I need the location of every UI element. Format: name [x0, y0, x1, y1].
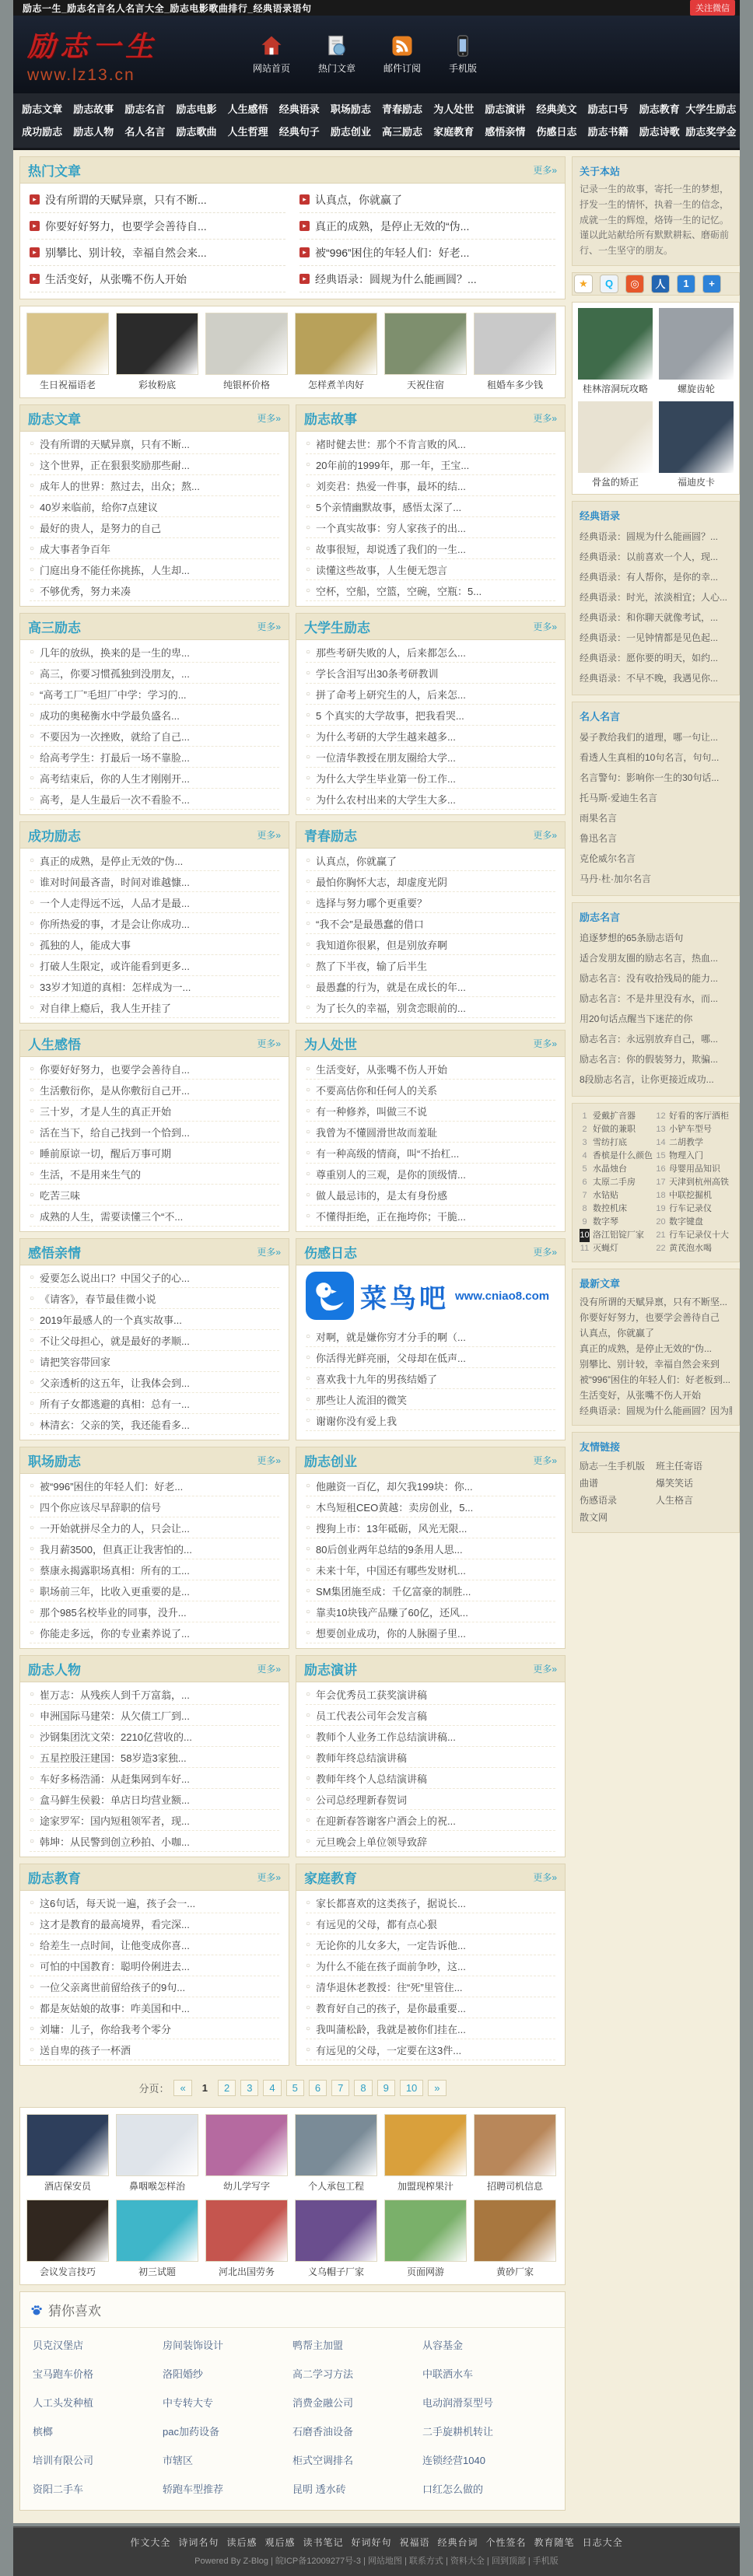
footer-link[interactable]: 祝福语 [400, 2537, 430, 2548]
article-item[interactable]: ○想要创业成功，你的人脉圈子里... [306, 1622, 555, 1643]
hot-keyword-item[interactable]: 3雪纺打底 [580, 1136, 656, 1150]
thumb-item[interactable]: 怎样煮羊肉好 [295, 313, 377, 391]
footer-link[interactable]: 观后感 [264, 2537, 295, 2548]
article-item[interactable]: ○年会优秀员工获奖演讲稿 [306, 1684, 555, 1705]
footer-link[interactable]: 个性签名 [486, 2537, 527, 2548]
hot-keyword-item[interactable]: 16母婴用品知识 [656, 1163, 732, 1176]
friend-link[interactable]: 散文网 [580, 1509, 656, 1526]
sidebar-article-item[interactable]: 马丹·杜·加尔名言 [580, 869, 732, 889]
more-link[interactable]: 更多» [257, 620, 281, 633]
guess-link[interactable]: 昆明 透水砖 [292, 2481, 422, 2496]
article-item[interactable]: ○生活变好，从张嘴不伤人开始 [306, 1059, 555, 1080]
article-item[interactable]: ○可怕的中国教育：聪明伶俐进去... [30, 1955, 279, 1976]
friend-link[interactable]: 励志一生手机版 [580, 1458, 656, 1475]
article-item[interactable]: ○“我不会”是最愚蠢的借口 [306, 913, 555, 934]
sidebar-article-item[interactable]: 看透人生真相的10句名言，句句... [580, 747, 732, 768]
article-item[interactable]: ○这才是教育的最高境界，看完深... [30, 1913, 279, 1934]
article-item[interactable]: ○不懂得拒绝，正在拖垮你；干脆... [306, 1206, 555, 1227]
article-item[interactable]: ○孤独的人，能成大事 [30, 934, 279, 955]
sidebar-article-item[interactable]: 名言警句：影响你一生的30句话... [580, 768, 732, 788]
footer-link[interactable]: 读书笔记 [303, 2537, 343, 2548]
hot-keyword-item[interactable]: 8数控机床 [580, 1202, 656, 1216]
article-item[interactable]: ○生活敷衍你，是从你敷衍自己开... [30, 1080, 279, 1101]
quick-link-rss[interactable]: 邮件订阅 [384, 34, 421, 75]
article-item[interactable]: ○职场前三年，比收入更重要的是... [30, 1580, 279, 1601]
sidebar-article-item[interactable]: 励志名言：没有收拾残局的能力... [580, 968, 732, 989]
article-item[interactable]: ○有一种高级的情商，叫“不抬杠... [306, 1143, 555, 1164]
sidebar-article-item[interactable]: 晏子教给我们的道理，哪一句让... [580, 727, 732, 747]
article-item[interactable]: ○熬了下半夜，输了后半生 [306, 955, 555, 976]
guess-link[interactable]: 电动润滑泵型号 [422, 2395, 552, 2410]
article-item[interactable]: ○不够优秀，努力来凑 [30, 580, 279, 601]
more-link[interactable]: 更多» [257, 828, 281, 842]
article-item[interactable]: ○门庭出身不能任你挑拣，人生却... [30, 559, 279, 580]
nav-item-励志文章[interactable]: 励志文章 [16, 97, 68, 120]
article-item[interactable]: ○无论你的儿女多大，一定告诉他... [306, 1934, 555, 1955]
article-item[interactable]: ○那个985名校毕业的同事，没升... [30, 1601, 279, 1622]
more-link[interactable]: 更多» [533, 620, 557, 633]
thumb-item[interactable]: 加盟现榨果汁 [384, 2114, 467, 2193]
hot-keyword-item[interactable]: 13小铲车型号 [656, 1123, 732, 1136]
hot-keyword-item[interactable]: 17天津到杭州高铁 [656, 1176, 732, 1189]
quick-link-hot-articles[interactable]: 热门文章 [318, 34, 355, 75]
nav-item-励志创业[interactable]: 励志创业 [325, 120, 376, 142]
article-item[interactable]: ○最愚蠢的行为，就是在成长的年... [306, 976, 555, 997]
article-item[interactable]: ○谁对时间最吝啬，时间对谁越慷... [30, 871, 279, 892]
sidebar-article-item[interactable]: 经典语录：时光，浓淡相宜；人心... [580, 587, 732, 607]
article-item[interactable]: ○“高考工厂”毛坦厂中学：学习的... [30, 684, 279, 705]
thumb-item[interactable]: 个人承包工程 [295, 2114, 377, 2193]
thumb-item[interactable]: 初三试题 [116, 2200, 198, 2278]
quick-link-home[interactable]: 网站首页 [253, 34, 290, 75]
sidebar-article-item[interactable]: 用20句话点醒当下迷茫的你 [580, 1009, 732, 1029]
more-link[interactable]: 更多» [533, 1245, 557, 1258]
article-item[interactable]: ○最怕你胸怀大志，却虚度光阴 [306, 871, 555, 892]
hot-article-item[interactable]: ▸真正的成熟，是停止无效的“伪... [299, 213, 555, 240]
hot-article-item[interactable]: ▸生活变好，从张嘴不伤人开始 [30, 266, 285, 292]
article-item[interactable]: ○员工代表公司年会发言稿 [306, 1705, 555, 1726]
sidebar-article-item[interactable]: 适合发朋友圈的励志名言，热血... [580, 948, 732, 968]
thumb-item[interactable]: 酒店保安员 [26, 2114, 109, 2193]
hot-keyword-item[interactable]: 2好做的兼职 [580, 1123, 656, 1136]
guess-link[interactable]: 宝马跑车价格 [33, 2366, 163, 2381]
guess-link[interactable]: 从容基金 [422, 2337, 552, 2352]
nav-item-励志电影[interactable]: 励志电影 [170, 97, 222, 120]
article-item[interactable]: ○搜狗上市：13年砥砺，风光无限... [306, 1517, 555, 1538]
article-item[interactable]: ○清华退休老教授：往“死”里管住... [306, 1976, 555, 1997]
article-item[interactable]: ○空杯，空船，空篮，空碗，空瓶：5... [306, 580, 555, 601]
latest-article-item[interactable]: 认真点，你就赢了 [580, 1325, 732, 1341]
article-item[interactable]: ○成大事者争百年 [30, 538, 279, 559]
article-item[interactable]: ○打破人生限定，或许能看到更多... [30, 955, 279, 976]
sidebar-image-item[interactable]: 桂林溶洞玩攻略 [578, 308, 653, 395]
article-item[interactable]: ○对啊，就是嫌你穷才分手的啊（... [306, 1326, 555, 1347]
page-next[interactable]: » [428, 2080, 446, 2096]
article-item[interactable]: ○有远见的父母，一定要在这3件... [306, 2039, 555, 2060]
article-item[interactable]: ○做人最忌讳的，是太有身份感 [306, 1185, 555, 1206]
latest-article-item[interactable]: 生活变好，从张嘴不伤人开始 [580, 1388, 732, 1403]
article-item[interactable]: ○不要因为一次挫败，就给了自己... [30, 726, 279, 747]
article-item[interactable]: ○一位清华教授在朋友圈给大学... [306, 747, 555, 768]
article-item[interactable]: ○2019年最感人的一个真实故事... [30, 1309, 279, 1330]
hot-keyword-item[interactable]: 9数字琴 [580, 1216, 656, 1229]
guess-link[interactable]: 人工头发种植 [33, 2395, 163, 2410]
hot-article-item[interactable]: ▸没有所谓的天赋异禀，只有不断... [30, 187, 285, 213]
article-item[interactable]: ○教师年终个人总结演讲稿 [306, 1768, 555, 1789]
nav-item-励志奖学金[interactable]: 励志奖学金 [685, 120, 737, 142]
wechat-follow-button[interactable]: 关注微信 [690, 0, 735, 16]
thumb-item[interactable]: 河北出国劳务 [205, 2200, 288, 2278]
friend-link[interactable]: 曲谱 [580, 1475, 656, 1492]
nav-item-人生感悟[interactable]: 人生感悟 [222, 97, 274, 120]
nav-item-高三励志[interactable]: 高三励志 [376, 120, 428, 142]
sidebar-article-item[interactable]: 雨果名言 [580, 808, 732, 828]
sidebar-image-item[interactable]: 骨盆的矫正 [578, 401, 653, 488]
article-item[interactable]: ○我月薪3500，但真正让我害怕的... [30, 1538, 279, 1559]
article-item[interactable]: ○有一种修养，叫做三不说 [306, 1101, 555, 1122]
article-item[interactable]: ○林清玄：父亲的笑，我还能看多... [30, 1414, 279, 1435]
nav-item-励志歌曲[interactable]: 励志歌曲 [170, 120, 222, 142]
article-item[interactable]: ○我知道你很累，但是别放弃啊 [306, 934, 555, 955]
article-item[interactable]: ○三十岁，才是人生的真正开始 [30, 1101, 279, 1122]
article-item[interactable]: ○教师年终总结演讲稿 [306, 1747, 555, 1768]
article-item[interactable]: ○5 个真实的大学故事，把我看哭... [306, 705, 555, 726]
nav-item-名人名言[interactable]: 名人名言 [119, 120, 170, 142]
footer-link[interactable]: 好词好句 [351, 2537, 391, 2548]
article-item[interactable]: ○我曾为不懂圆滑世故而羞耻 [306, 1122, 555, 1143]
guess-link[interactable]: 口红怎么做的 [422, 2481, 552, 2496]
article-item[interactable]: ○送自卑的孩子一杯酒 [30, 2039, 279, 2060]
footer-link[interactable]: 诗词名句 [178, 2537, 219, 2548]
friend-link[interactable]: 伤感语录 [580, 1492, 656, 1509]
thumb-item[interactable]: 义乌帽子厂家 [295, 2200, 377, 2278]
article-item[interactable]: ○33岁才知道的真相：怎样成为一... [30, 976, 279, 997]
page-3[interactable]: 3 [240, 2080, 258, 2096]
article-item[interactable]: ○蔡康永揭露职场真相：所有的工... [30, 1559, 279, 1580]
article-item[interactable]: ○SM集团施至成：千亿富豪的制胜... [306, 1580, 555, 1601]
nav-item-励志人物[interactable]: 励志人物 [68, 120, 119, 142]
friend-link[interactable]: 班主任寄语 [656, 1458, 732, 1475]
article-item[interactable]: ○一个人走得远不远，人品才是最... [30, 892, 279, 913]
hot-keyword-item[interactable]: 18中联挖掘机 [656, 1189, 732, 1202]
sidebar-article-item[interactable]: 经典语录：圆规为什么能画圆？... [580, 527, 732, 547]
guess-link[interactable]: 中专转大专 [163, 2395, 292, 2410]
article-item[interactable]: ○未来十年，中国还有哪些发财机... [306, 1559, 555, 1580]
nav-item-家庭教育[interactable]: 家庭教育 [428, 120, 479, 142]
thumb-item[interactable]: 幼儿学写字 [205, 2114, 288, 2193]
article-item[interactable]: ○他融资一百亿，却欠我199块：你... [306, 1475, 555, 1496]
article-item[interactable]: ○谢谢你没有爱上我 [306, 1410, 555, 1431]
latest-article-item[interactable]: 没有所谓的天赋异禀，只有不断坚... [580, 1294, 732, 1310]
more-link[interactable]: 更多» [257, 1662, 281, 1675]
article-item[interactable]: ○靠卖10块钱产品赚了60亿，还风... [306, 1601, 555, 1622]
article-item[interactable]: ○为什么考研的大学生越来越多... [306, 726, 555, 747]
article-item[interactable]: ○不让父母担心，就是最好的孝顺... [30, 1330, 279, 1351]
thumb-item[interactable]: 租婚车多少钱 [474, 313, 556, 391]
guess-link[interactable]: 市辖区 [163, 2452, 292, 2467]
article-item[interactable]: ○高考结束后，你的人生才刚刚开... [30, 768, 279, 789]
hot-keyword-item[interactable]: 7水钻贴 [580, 1189, 656, 1202]
article-item[interactable]: ○高考，是人生最后一次不看脸不... [30, 789, 279, 810]
sidebar-article-item[interactable]: 经典语录：不早不晚，我遇见你... [580, 668, 732, 688]
article-item[interactable]: ○80后创业两年总结的9条用人思... [306, 1538, 555, 1559]
hot-keyword-item[interactable]: 22黄芪泡水喝 [656, 1242, 732, 1255]
article-item[interactable]: ○那些让人流泪的微笑 [306, 1389, 555, 1410]
guess-link[interactable]: 二手旋耕机转让 [422, 2424, 552, 2438]
article-item[interactable]: ○成功的奥秘衡水中学最负盛名... [30, 705, 279, 726]
thumb-item[interactable]: 招聘司机信息 [474, 2114, 556, 2193]
sidebar-article-item[interactable]: 经典语录：以前喜欢一个人，现... [580, 547, 732, 567]
sidebar-article-item[interactable]: 经典语录：和你聊天就像考试，... [580, 607, 732, 628]
sidebar-article-item[interactable]: 励志名言：不是井里没有水，而... [580, 989, 732, 1009]
more-link[interactable]: 更多» [257, 1454, 281, 1467]
guess-link[interactable]: pac加药设备 [163, 2424, 292, 2438]
page-1[interactable]: 1 [197, 2081, 213, 2095]
sidebar-article-item[interactable]: 励志名言：永远别放弃自己，哪... [580, 1029, 732, 1049]
thumb-item[interactable]: 鼻咽喉怎样治 [116, 2114, 198, 2193]
nav-item-经典句子[interactable]: 经典句子 [274, 120, 325, 142]
hot-article-item[interactable]: ▸被“996”困住的年轻人们：好老... [299, 240, 555, 266]
article-item[interactable]: ○所有子女都逃避的真相：总有一... [30, 1393, 279, 1414]
page-8[interactable]: 8 [354, 2080, 372, 2096]
article-item[interactable]: ○活在当下，给自己找到一个恰到... [30, 1122, 279, 1143]
article-item[interactable]: ○你所热爱的事，才是会让你成功... [30, 913, 279, 934]
article-item[interactable]: ○刘墉：儿子，你给我考个零分 [30, 2018, 279, 2039]
article-item[interactable]: ○不要高估你和任何人的关系 [306, 1080, 555, 1101]
friend-link[interactable]: 爆笑笑话 [656, 1475, 732, 1492]
article-item[interactable]: ○《请客》，春节最佳微小说 [30, 1288, 279, 1309]
nav-item-经典语录[interactable]: 经典语录 [274, 97, 325, 120]
article-item[interactable]: ○公司总经理新春贺词 [306, 1789, 555, 1810]
article-item[interactable]: ○睡前原谅一切，醒后万事可期 [30, 1143, 279, 1164]
article-item[interactable]: ○生活，不是用来生气的 [30, 1164, 279, 1185]
more-link[interactable]: 更多» [533, 828, 557, 842]
article-item[interactable]: ○吃苦三味 [30, 1185, 279, 1206]
article-item[interactable]: ○申洲国际马建荣：从欠债工厂到... [30, 1705, 279, 1726]
guess-link[interactable]: 连锁经营1040 [422, 2452, 552, 2467]
article-item[interactable]: ○这6句话，每天说一遍，孩子会一... [30, 1892, 279, 1913]
thumb-item[interactable]: 天祝住宿 [384, 313, 467, 391]
sidebar-article-item[interactable]: 励志名言：你的假装努力，欺骗... [580, 1049, 732, 1069]
article-item[interactable]: ○没有所谓的天赋异禀，只有不断... [30, 433, 279, 454]
article-item[interactable]: ○最好的贵人，是努力的自己 [30, 517, 279, 538]
guess-link[interactable]: 槟榔 [33, 2424, 163, 2438]
page-9[interactable]: 9 [377, 2080, 395, 2096]
article-item[interactable]: ○为了长久的幸福，别贪恋眼前的... [306, 997, 555, 1018]
article-item[interactable]: ○你要好好努力，也要学会善待自... [30, 1059, 279, 1080]
article-item[interactable]: ○故事很短，却说透了我们的一生... [306, 538, 555, 559]
footer-link[interactable]: 日志大全 [583, 2537, 623, 2548]
article-item[interactable]: ○你活得光鲜亮丽，父母却在低声... [306, 1347, 555, 1368]
article-item[interactable]: ○真正的成熟，是停止无效的“伪... [30, 850, 279, 871]
article-item[interactable]: ○车好多杨浩涌：从赶集网到车好... [30, 1768, 279, 1789]
nav-item-为人处世[interactable]: 为人处世 [428, 97, 479, 120]
page-5[interactable]: 5 [286, 2080, 304, 2096]
article-item[interactable]: ○教育好自己的孩子，是你最重要... [306, 1997, 555, 2018]
article-item[interactable]: ○你能走多远，你的专业素养说了... [30, 1622, 279, 1643]
guess-link[interactable]: 贝克汉堡店 [33, 2337, 163, 2352]
article-item[interactable]: ○五星控股汪建国：58岁造3家独... [30, 1747, 279, 1768]
nav-item-励志诗歌[interactable]: 励志诗歌 [634, 120, 685, 142]
article-item[interactable]: ○40岁来临前，给你7点建议 [30, 496, 279, 517]
footer-link[interactable]: 教育随笔 [534, 2537, 575, 2548]
footer-link[interactable]: 读后感 [226, 2537, 257, 2548]
share-plus-icon[interactable]: + [702, 275, 721, 293]
article-item[interactable]: ○20年前的1999年，那一年，王宝... [306, 454, 555, 475]
guess-link[interactable]: 鸭帮主加盟 [292, 2337, 422, 2352]
more-link[interactable]: 更多» [257, 1871, 281, 1884]
article-item[interactable]: ○崔万志：从残疾人到千万富翁，... [30, 1684, 279, 1705]
hot-article-item[interactable]: ▸经典语录：圆规为什么能画圆？... [299, 266, 555, 292]
article-item[interactable]: ○为什么农村出来的大学生大多... [306, 789, 555, 810]
page-6[interactable]: 6 [309, 2080, 327, 2096]
thumb-item[interactable]: 会议发言技巧 [26, 2200, 109, 2278]
article-item[interactable]: ○给差生一点时间，让他变成你喜... [30, 1934, 279, 1955]
nav-item-成功励志[interactable]: 成功励志 [16, 120, 68, 142]
nav-item-人生哲理[interactable]: 人生哲理 [222, 120, 274, 142]
article-item[interactable]: ○途家罗军：国内短租领军者，现... [30, 1810, 279, 1831]
sidebar-article-item[interactable]: 经典语录：愿你要的明天，如约... [580, 648, 732, 668]
latest-article-item[interactable]: 经典语录：圆规为什么能画圆？因为脚... [580, 1403, 732, 1419]
hot-keyword-item[interactable]: 21行车记录仪十大 [656, 1229, 732, 1242]
site-logo[interactable]: 励志一生 www.lz13.cn [27, 25, 222, 85]
article-item[interactable]: ○为什么大学生毕业第一份工作... [306, 768, 555, 789]
sidebar-article-item[interactable]: 托马斯·爱迪生名言 [580, 788, 732, 808]
thumb-item[interactable]: 彩妆粉底 [116, 313, 198, 391]
article-item[interactable]: ○四个你应该尽早辞职的信号 [30, 1496, 279, 1517]
qq-icon[interactable]: Q [600, 275, 618, 293]
article-item[interactable]: ○被“996”困住的年轻人们：好老... [30, 1475, 279, 1496]
article-item[interactable]: ○在迎新春答谢客户酒会上的祝... [306, 1810, 555, 1831]
footer-link[interactable]: 经典台词 [438, 2537, 478, 2548]
article-item[interactable]: ○成熟的人生，需要读懂三个“不... [30, 1206, 279, 1227]
hot-keyword-item[interactable]: 20数字键盘 [656, 1216, 732, 1229]
article-item[interactable]: ○对自律上瘾后，我人生开挂了 [30, 997, 279, 1018]
article-item[interactable]: ○褚时健去世：那个不肯言败的风... [306, 433, 555, 454]
guess-link[interactable]: 轿跑车型推荐 [163, 2481, 292, 2496]
page-2[interactable]: 2 [218, 2080, 236, 2096]
hot-keyword-item[interactable]: 14二胡教学 [656, 1136, 732, 1150]
article-item[interactable]: ○刘奕君：热爱一件事，最坏的结... [306, 475, 555, 496]
hot-keyword-item[interactable]: 15物理入门 [656, 1150, 732, 1163]
guess-link[interactable]: 洛阳婚纱 [163, 2366, 292, 2381]
article-item[interactable]: ○有远见的父母，都有点心狠 [306, 1913, 555, 1934]
sidebar-article-item[interactable]: 克伦威尔名言 [580, 849, 732, 869]
guess-link[interactable]: 石磨香油设备 [292, 2424, 422, 2438]
article-item[interactable]: ○给高考学生：打最后一场不靠脸... [30, 747, 279, 768]
article-item[interactable]: ○一个真实故事：穷人家孩子的出... [306, 517, 555, 538]
nav-item-励志教育[interactable]: 励志教育 [634, 97, 685, 120]
more-link[interactable]: 更多» [533, 1871, 557, 1884]
article-item[interactable]: ○学长含泪写出30条考研教训 [306, 663, 555, 684]
hot-keyword-item[interactable]: 11灭蝇灯 [580, 1242, 656, 1255]
latest-article-item[interactable]: 真正的成熟，是停止无效的“伪... [580, 1341, 732, 1356]
guess-link[interactable]: 消费金融公司 [292, 2395, 422, 2410]
quick-link-mobile[interactable]: 手机版 [449, 34, 477, 75]
sidebar-article-item[interactable]: 8段励志名言，让你更接近成功... [580, 1069, 732, 1090]
latest-article-item[interactable]: 别攀比、别计较，幸福自然会来到 [580, 1356, 732, 1372]
article-item[interactable]: ○请把笑容带回家 [30, 1351, 279, 1372]
article-item[interactable]: ○喜欢我十九年的男孩结婚了 [306, 1368, 555, 1389]
article-item[interactable]: ○高三，你要习惯孤独到没朋友，... [30, 663, 279, 684]
article-item[interactable]: ○这个世界，正在狠狠奖励那些耐... [30, 454, 279, 475]
page-7[interactable]: 7 [331, 2080, 349, 2096]
thumb-item[interactable]: 生日祝福语老 [26, 313, 109, 391]
article-item[interactable]: ○成年人的世界：熬过去，出众；熬... [30, 475, 279, 496]
more-link[interactable]: 更多» [533, 1037, 557, 1050]
article-item[interactable]: ○沙钢集团沈文荣：2210亿营收的... [30, 1726, 279, 1747]
hot-article-item[interactable]: ▸认真点，你就赢了 [299, 187, 555, 213]
article-item[interactable]: ○元旦晚会上单位领导致辞 [306, 1831, 555, 1852]
guess-link[interactable]: 高二学习方法 [292, 2366, 422, 2381]
nav-item-励志名言[interactable]: 励志名言 [119, 97, 170, 120]
article-item[interactable]: ○5个亲情幽默故事，感悟太深了... [306, 496, 555, 517]
hot-keyword-item[interactable]: 10洛江铝锭厂家 [580, 1229, 656, 1242]
tencent-weibo-icon[interactable]: 1 [677, 275, 695, 293]
nav-item-大学生励志[interactable]: 大学生励志 [685, 97, 737, 120]
article-item[interactable]: ○为什么不能在孩子面前争吵，这... [306, 1955, 555, 1976]
footer-link[interactable]: 作文大全 [130, 2537, 170, 2548]
qzone-star-icon[interactable]: ★ [574, 275, 593, 293]
article-item[interactable]: ○几年的放纵，换来的是一生的卑... [30, 642, 279, 663]
more-link[interactable]: 更多» [533, 1454, 557, 1467]
article-item[interactable]: ○尊重别人的三观，是你的顶级情... [306, 1164, 555, 1185]
guess-link[interactable]: 培训有限公司 [33, 2452, 163, 2467]
hot-keyword-item[interactable]: 19行车记录仪 [656, 1202, 732, 1216]
hot-keyword-item[interactable]: 5水晶烛台 [580, 1163, 656, 1176]
hot-keyword-item[interactable]: 12好看的客厅酒柜 [656, 1110, 732, 1123]
more-link[interactable]: 更多» [257, 411, 281, 425]
page-10[interactable]: 10 [400, 2080, 423, 2096]
hot-article-item[interactable]: ▸你要好好努力，也要学会善待自... [30, 213, 285, 240]
article-item[interactable]: ○那些考研失败的人，后来都怎么... [306, 642, 555, 663]
article-item[interactable]: ○我叫蒲松龄，我就是被你们挂在... [306, 2018, 555, 2039]
nav-item-感悟亲情[interactable]: 感悟亲情 [479, 120, 531, 142]
page-4[interactable]: 4 [263, 2080, 281, 2096]
hot-keyword-item[interactable]: 1爱戴扩音器 [580, 1110, 656, 1123]
nav-item-励志口号[interactable]: 励志口号 [583, 97, 634, 120]
thumb-item[interactable]: 页面网游 [384, 2200, 467, 2278]
hot-article-item[interactable]: ▸别攀比、别计较，幸福自然会来... [30, 240, 285, 266]
guess-link[interactable]: 柜式空调排名 [292, 2452, 422, 2467]
article-item[interactable]: ○拼了命考上研究生的人，后来怎... [306, 684, 555, 705]
nav-item-伤感日志[interactable]: 伤感日志 [531, 120, 582, 142]
article-item[interactable]: ○爱要怎么说出口？中国父子的心... [30, 1267, 279, 1288]
more-link[interactable]: 更多» [257, 1245, 281, 1258]
article-item[interactable]: ○都是灰姑娘的故事：咋美国和中... [30, 1997, 279, 2018]
page-prev[interactable]: « [173, 2080, 191, 2096]
sidebar-article-item[interactable]: 经典语录：一见钟情都是见色起... [580, 628, 732, 648]
hot-keyword-item[interactable]: 4香槟是什么颜色 [580, 1150, 656, 1163]
sidebar-article-item[interactable]: 经典语录：有人帮你，是你的幸... [580, 567, 732, 587]
article-item[interactable]: ○一开始就拼尽全力的人，只会让... [30, 1517, 279, 1538]
nav-item-青春励志[interactable]: 青春励志 [376, 97, 428, 120]
more-link[interactable]: 更多» [533, 411, 557, 425]
article-item[interactable]: ○家长都喜欢的这类孩子，据说长... [306, 1892, 555, 1913]
sidebar-image-item[interactable]: 螺旋齿轮 [659, 308, 734, 395]
article-item[interactable]: ○选择与努力哪个更重要？ [306, 892, 555, 913]
renren-icon[interactable]: 人 [651, 275, 670, 293]
guess-link[interactable]: 中联洒水车 [422, 2366, 552, 2381]
guess-link[interactable]: 资阳二手车 [33, 2481, 163, 2496]
nav-item-励志故事[interactable]: 励志故事 [68, 97, 119, 120]
weibo-icon[interactable]: ◎ [625, 275, 644, 293]
nav-item-经典美文[interactable]: 经典美文 [531, 97, 582, 120]
more-link[interactable]: 更多» [533, 163, 557, 177]
latest-article-item[interactable]: 被“996”困住的年轻人们：好老板到... [580, 1372, 732, 1388]
sidebar-article-item[interactable]: 追逐梦想的65条励志语句 [580, 928, 732, 948]
article-item[interactable]: ○读懂这些故事，人生便无怨言 [306, 559, 555, 580]
